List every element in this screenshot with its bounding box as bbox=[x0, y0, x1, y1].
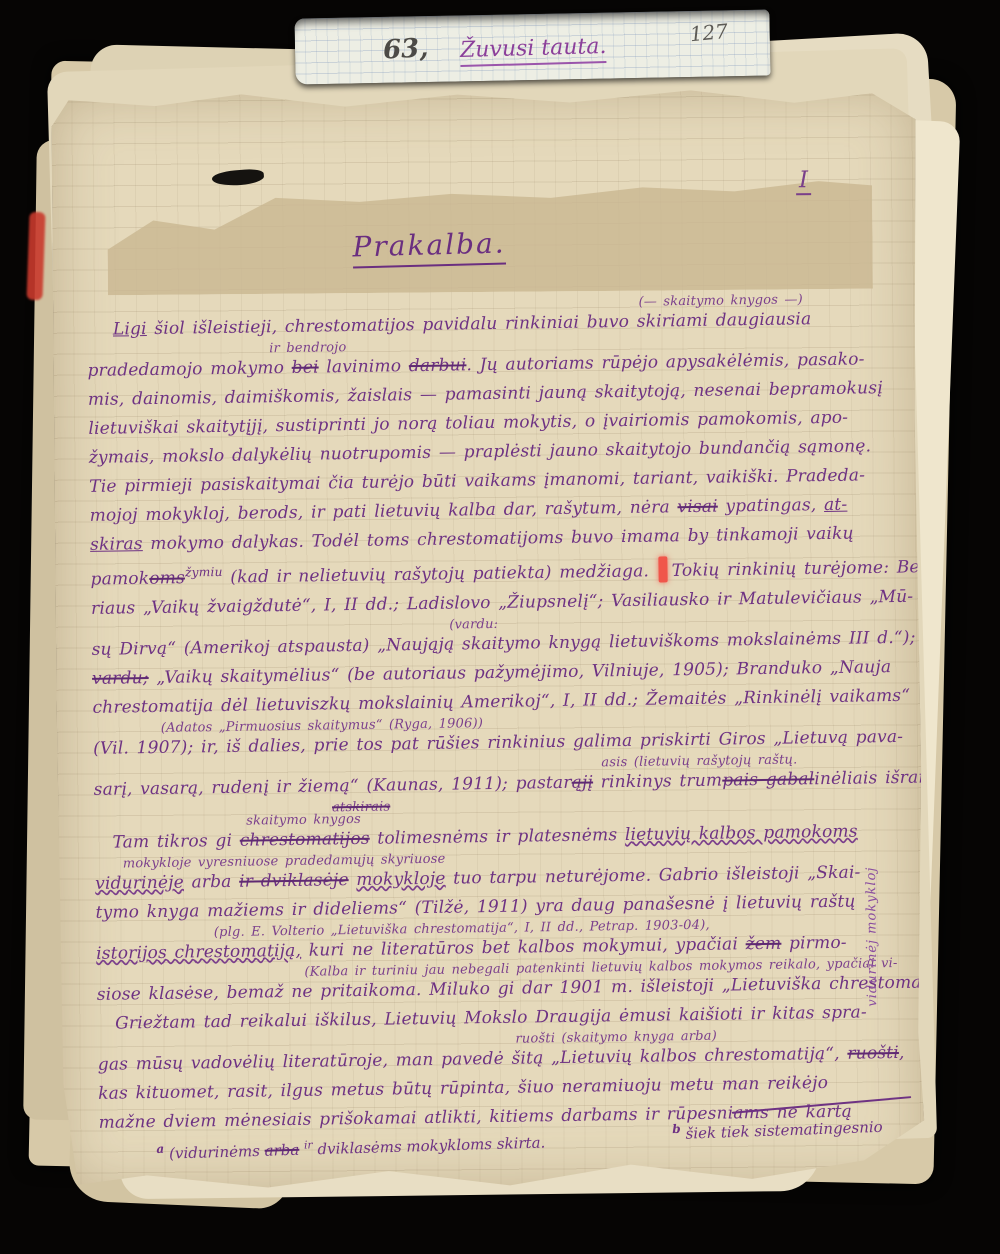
red-wax-mark bbox=[26, 212, 45, 301]
main-sheet: I Prakalba. (— skaitymo knygos —)Ligi ši… bbox=[51, 86, 925, 1193]
text-segment: lietuvių kalbos pamokoms bbox=[625, 821, 858, 844]
text-segment: at- bbox=[824, 495, 848, 515]
text-segment: ruošti bbox=[847, 1043, 899, 1064]
text-segment: inėliais išrankiotas iš bbox=[814, 766, 1000, 789]
text-segment: , bbox=[899, 1043, 905, 1063]
text-segment: mojoj mokykloj, berods, ir pati lietuvių… bbox=[90, 497, 678, 526]
slip-number: 63, bbox=[382, 33, 429, 65]
red-highlight-mark bbox=[658, 556, 667, 582]
page-number: I bbox=[796, 167, 811, 195]
text-segment: Tam tikros gi bbox=[112, 830, 240, 852]
text-segment: pirmo- bbox=[781, 932, 847, 953]
text-segment: žem bbox=[746, 933, 782, 954]
text-segment: visai bbox=[677, 497, 718, 518]
text-segment: šiek tiek sistematingesnio bbox=[680, 1118, 882, 1143]
text-segment: ąjį bbox=[572, 772, 594, 792]
text-segment: lavinimo bbox=[319, 356, 409, 377]
slip-title: Žuvusi tauta. bbox=[460, 34, 607, 67]
manuscript-body: (— skaitymo knygos —)Ligi šiol išleistie… bbox=[87, 292, 899, 1137]
text-segment: rinkinys trum bbox=[593, 770, 722, 792]
top-slip: 63, Žuvusi tauta. 127 bbox=[294, 9, 770, 84]
text-segment: dviklasėms mokykloms skirta. bbox=[312, 1133, 545, 1158]
text-segment: Tokių rinkinių turėjome: Bendo- bbox=[672, 557, 959, 581]
ink-blotch bbox=[211, 168, 264, 187]
text-segment: vidurinėje bbox=[95, 872, 184, 893]
text-segment: (kad ir nelietuvių rašytojų patiekta) me… bbox=[223, 561, 657, 587]
text-segment: oms bbox=[149, 568, 185, 589]
text-segment: skiras bbox=[90, 534, 143, 555]
text-segment: šiol išleistieji, chrestomatijos pavidal… bbox=[147, 309, 812, 339]
text-segment: vardu; bbox=[92, 668, 149, 689]
text-segment: tolimesnėms ir platesnėms bbox=[370, 825, 625, 849]
text-segment: žymiu bbox=[185, 565, 223, 580]
text-segment: ir dviklasėje bbox=[239, 870, 349, 892]
text-segment: darbui bbox=[409, 355, 467, 376]
slip-page-ref: 127 bbox=[689, 19, 729, 46]
text-segment: tuo tarpu neturėjome. Gabrio išleistoji … bbox=[445, 862, 860, 888]
text-segment: pais gabal bbox=[722, 769, 814, 790]
text-segment: istorijos chrestomatiją, bbox=[96, 940, 301, 963]
text-segment: arba bbox=[264, 1141, 299, 1160]
text-segment: pradedamojo mokymo bbox=[87, 358, 291, 381]
text-segment: . Jų autoriams rūpėjo apysakėlėmis, pasa… bbox=[466, 349, 864, 375]
page-title: Prakalba. bbox=[352, 227, 506, 269]
margin-note-vertical: vidurinėj mokykloj bbox=[863, 787, 880, 1007]
text-segment: Ligi bbox=[113, 319, 147, 340]
text-segment: mokykloje bbox=[356, 868, 446, 889]
text-segment: sarį, vasarą, rudenį ir žiemą“ (Kaunas, … bbox=[94, 772, 572, 799]
text-segment: (vidurinėms bbox=[164, 1142, 265, 1163]
text-segment: arba bbox=[184, 871, 240, 892]
text-segment: bei bbox=[292, 358, 319, 378]
text-segment: chrestomatijos bbox=[240, 828, 370, 850]
text-segment: kuri ne literatūros bet kalbos mokymui, … bbox=[301, 934, 746, 961]
text-segment: pamok bbox=[90, 569, 149, 590]
text-segment: ypatingas, bbox=[718, 495, 824, 517]
